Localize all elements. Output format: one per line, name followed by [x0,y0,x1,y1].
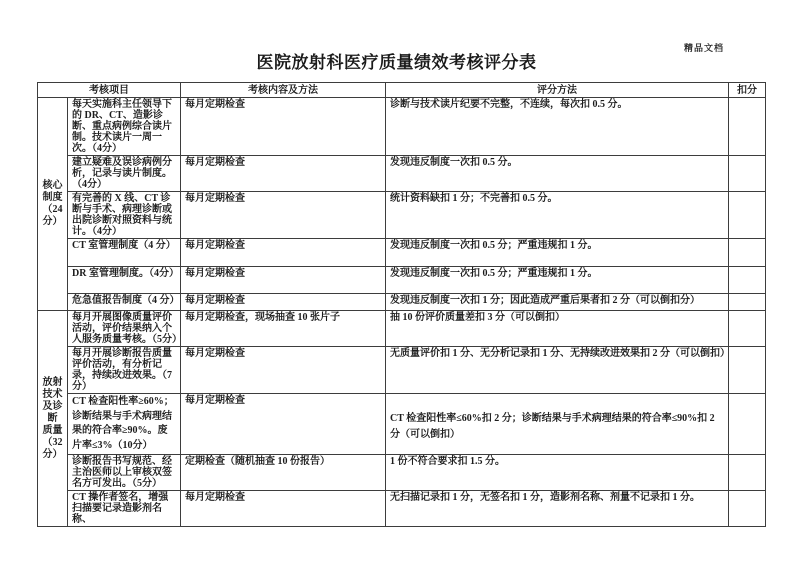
col-header-item: 考核项目 [38,83,181,98]
deduction-cell [729,156,766,192]
method-cell: 每月定期检查 [181,267,386,294]
deduction-cell [729,239,766,267]
scoring-cell: 诊断与技术读片纪要不完整，不连续，每次扣 0.5 分。 [386,98,729,156]
method-cell: 每月定期检查 [181,294,386,311]
scoring-cell: 发现违反制度一次扣 0.5 分。 [386,156,729,192]
item-cell: 每月开展诊断报告质量评价活动，有分析记录，持续改进效果。（7 分） [68,347,181,394]
method-cell: 定期检查（随机抽查 10 份报告） [181,455,386,491]
deduction-cell [729,192,766,239]
col-header-scoring: 评分方法 [386,83,729,98]
method-cell: 每月定期检查 [181,347,386,394]
method-cell: 每月定期检查 [181,192,386,239]
deduction-cell [729,311,766,347]
table-row: 放射 技术 及诊 断 质量 （32 分） 每月开展图像质量评价活动，评价结果纳入… [38,311,766,347]
scoring-cell: 发现违反制度一次扣 1 分；因此造成严重后果者扣 2 分（可以倒扣分） [386,294,729,311]
scoring-cell: 无扫描记录扣 1 分，无签名扣 1 分，造影剂名称、剂量不记录扣 1 分。 [386,491,729,527]
method-cell: 每月定期检查 [181,98,386,156]
table-row: CT 操作者签名，增强扫描要记录造影剂名称、 每月定期检查 无扫描记录扣 1 分… [38,491,766,527]
page-title: 医院放射科医疗质量绩效考核评分表 [0,48,793,73]
group-cell-radiology-quality: 放射 技术 及诊 断 质量 （32 分） [38,311,68,527]
col-header-method: 考核内容及方法 [181,83,386,98]
item-cell: 每月开展图像质量评价活动，评价结果纳入个人服务质量考核。（5分） [68,311,181,347]
method-cell: 每月定期检查 [181,156,386,192]
item-cell: CT 室管理制度（4 分） [68,239,181,267]
scoring-cell: 统计资料缺扣 1 分；不完善扣 0.5 分。 [386,192,729,239]
item-cell: 诊断报告书写规范、经主治医师以上审核双签名方可发出。（5分） [68,455,181,491]
item-cell: 有完善的 X 线、CT 诊断与手术、病理诊断或出院诊断对照资料与统计。（4分） [68,192,181,239]
scoring-cell: 1 份不符合要求扣 1.5 分。 [386,455,729,491]
scoring-cell: 抽 10 份评价质量差扣 3 分（可以倒扣） [386,311,729,347]
scoring-cell: 发现违反制度一次扣 0.5 分；严重违规扣 1 分。 [386,267,729,294]
scoring-cell: 发现违反制度一次扣 0.5 分；严重违规扣 1 分。 [386,239,729,267]
item-cell: CT 操作者签名，增强扫描要记录造影剂名称、 [68,491,181,527]
method-cell: 每月定期检查 [181,394,386,455]
item-cell: CT 检查阳性率≥60%；诊断结果与手术病理结果的符合率≥90%。废片率≤3%（… [68,394,181,455]
method-cell: 每月定期检查，现场抽查 10 张片子 [181,311,386,347]
deduction-cell [729,98,766,156]
item-cell: 危急值报告制度（4 分） [68,294,181,311]
table-row: 诊断报告书写规范、经主治医师以上审核双签名方可发出。（5分） 定期检查（随机抽查… [38,455,766,491]
item-cell: DR 室管理制度。（4分） [68,267,181,294]
deduction-cell [729,347,766,394]
header-row: 考核项目 考核内容及方法 评分方法 扣分 [38,83,766,98]
table-row: 每月开展诊断报告质量评价活动，有分析记录，持续改进效果。（7 分） 每月定期检查… [38,347,766,394]
table-row: DR 室管理制度。（4分） 每月定期检查 发现违反制度一次扣 0.5 分；严重违… [38,267,766,294]
col-header-deduction: 扣分 [729,83,766,98]
group-cell-core-system: 核心 制度 （24 分） [38,98,68,311]
table-row: CT 室管理制度（4 分） 每月定期检查 发现违反制度一次扣 0.5 分；严重违… [38,239,766,267]
deduction-cell [729,267,766,294]
scoring-cell: 无质量评价扣 1 分、无分析记录扣 1 分、无持续改进效果扣 2 分（可以倒扣） [386,347,729,394]
assessment-table: 考核项目 考核内容及方法 评分方法 扣分 核心 制度 （24 分） 每天实施科主… [37,82,766,527]
deduction-cell [729,294,766,311]
method-cell: 每月定期检查 [181,239,386,267]
method-cell: 每月定期检查 [181,491,386,527]
table-row: 危急值报告制度（4 分） 每月定期检查 发现违反制度一次扣 1 分；因此造成严重… [38,294,766,311]
table-row: 核心 制度 （24 分） 每天实施科主任领导下的 DR、CT、造影诊断、重点病例… [38,98,766,156]
deduction-cell [729,455,766,491]
scoring-cell: CT 检查阳性率≤60%扣 2 分；诊断结果与手术病理结果的符合率≤90%扣 2… [386,394,729,455]
table-row: 有完善的 X 线、CT 诊断与手术、病理诊断或出院诊断对照资料与统计。（4分） … [38,192,766,239]
table-row: 建立疑难及误诊病例分析，记录与读片制度。（4分） 每月定期检查 发现违反制度一次… [38,156,766,192]
deduction-cell [729,394,766,455]
item-cell: 每天实施科主任领导下的 DR、CT、造影诊断、重点病例综合读片制。技术读片一周一… [68,98,181,156]
item-cell: 建立疑难及误诊病例分析，记录与读片制度。（4分） [68,156,181,192]
table-row: CT 检查阳性率≥60%；诊断结果与手术病理结果的符合率≥90%。废片率≤3%（… [38,394,766,455]
deduction-cell [729,491,766,527]
